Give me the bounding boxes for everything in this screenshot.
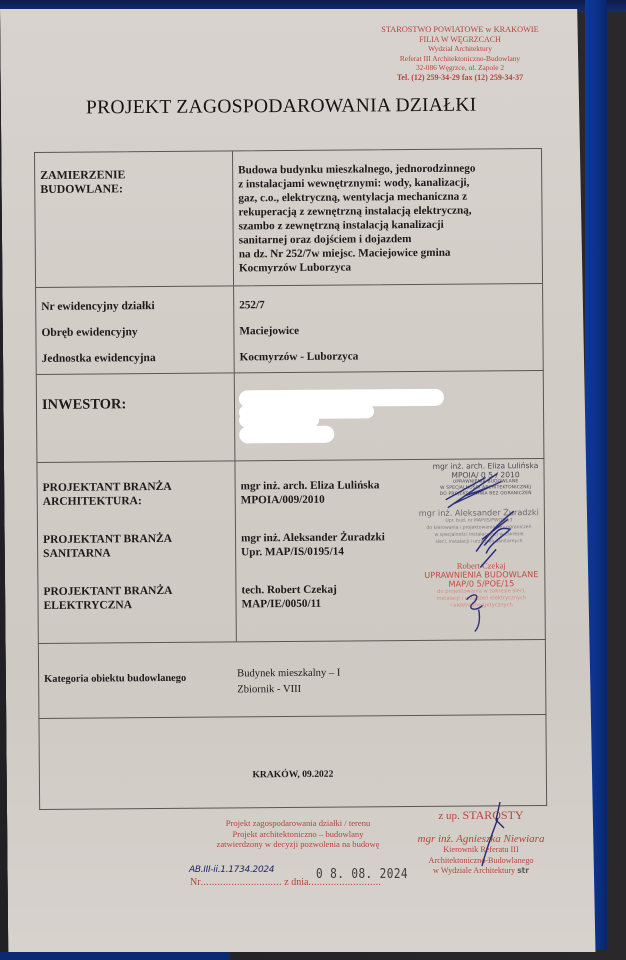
stamp-line: Projekt architektoniczno – budowlany (186, 829, 410, 840)
official-signature-scribble (476, 800, 516, 870)
zamierzenie-value: Budowa budynku mieszkalnego, jednorodzin… (233, 149, 542, 285)
designer-label-architecture: PROJEKTANT BRANŻA ARCHITEKTURA: (43, 479, 235, 533)
row-designers: PROJEKTANT BRANŻA ARCHITEKTURA: PROJEKTA… (36, 459, 545, 644)
photo-scene: STAROSTWO POWIATOWE w KRAKOWIE FILIA W W… (0, 0, 626, 960)
row-place-date: KRAKÓW, 09.2022 (38, 715, 547, 810)
plot-number-value: 252/7 (239, 296, 542, 324)
stamp-line: FILIA W WĘGRZCACH (360, 35, 560, 45)
date-label: z dnia (284, 877, 308, 888)
plot-labels: Nr ewidencyjny działki Obręb ewidencyjny… (36, 286, 235, 374)
label-line: PROJEKTANT BRANŻA (43, 531, 235, 547)
decision-number-handwritten: AB.III-ii.1.1734.2024 (189, 865, 274, 875)
stamp-line: 32-086 Węgrzce, ul. Zapole 2 (360, 63, 560, 73)
stamp-line: Tel. (12) 259-34-29 fax (12) 259-34-37 (360, 73, 560, 83)
designer-values: mgr inż. arch. Eliza Lulińska MPOIA/009/… (235, 459, 544, 641)
category-label: Kategoria obiektu budowlanego (44, 673, 186, 685)
plot-values: 252/7 Maciejowice Kocmyrzów - Luborzyca (234, 284, 543, 372)
category-values: Budynek mieszkalny – I Zbiornik - VIII (237, 666, 341, 699)
zamierzenie-label: ZAMIERZENIE BUDOWLANE: (35, 151, 234, 287)
category-value: Zbiornik - VIII (237, 682, 340, 699)
nr-label: Nr (190, 877, 201, 888)
row-plot-data: Nr ewidencyjny działki Obręb ewidencyjny… (35, 284, 544, 375)
folder-edge-bottom (0, 952, 230, 960)
precinct-value: Maciejowice (239, 322, 542, 350)
investor-value (235, 371, 544, 460)
label-line: PROJEKTANT BRANŻA (43, 583, 235, 599)
stamp-line: zatwierdzony w decyzji pozwolenia na bud… (186, 839, 410, 850)
category-value: Budynek mieszkalny – I (237, 666, 340, 683)
label-line: ZAMIERZENIE (40, 166, 232, 182)
investor-label: INWESTOR: (37, 373, 236, 462)
designer-label-sanitary: PROJEKTANT BRANŻA SANITARNA (43, 531, 235, 585)
page-tag: str (517, 866, 529, 875)
stamp-line: Wydział Architektury (360, 44, 560, 54)
precinct-label: Obręb ewidencyjny (41, 324, 233, 352)
stamp-line: Referat III Architektoniczno-Budowlany (360, 54, 560, 64)
designer-label-electrical: PROJEKTANT BRANŻA ELEKTRYCZNA (43, 583, 235, 637)
row-category: Kategoria obiektu budowlanego Budynek mi… (38, 640, 547, 719)
row-investor: INWESTOR: (36, 371, 545, 463)
label-line: PROJEKTANT BRANŻA (43, 479, 235, 495)
designer-labels: PROJEKTANT BRANŻA ARCHITEKTURA: PROJEKTA… (37, 461, 236, 643)
label-line: ELEKTRYCZNA (44, 597, 236, 613)
value-line: Kocmyrzów Luborzyca (239, 259, 542, 275)
row-zamierzenie: ZAMIERZENIE BUDOWLANE: Budowa budynku mi… (34, 148, 543, 288)
redaction-mark (239, 426, 334, 444)
signature-scribbles (435, 459, 536, 640)
document-title: PROJEKT ZAGOSPODAROWANIA DZIAŁKI (86, 95, 477, 120)
project-info-table: ZAMIERZENIE BUDOWLANE: Budowa budynku mi… (34, 148, 547, 810)
place-date: KRAKÓW, 09.2022 (40, 767, 546, 782)
official-signature-stamp: z up. STAROSTY mgr inż. Agnieszka Niewia… (396, 808, 566, 877)
stamp-line: Projekt zagospodarowania działki / teren… (186, 818, 410, 829)
plot-number-label: Nr ewidencyjny działki (41, 298, 233, 326)
decision-date: 0 8. 08. 2024 (316, 866, 408, 882)
approval-stamp: Projekt zagospodarowania działki / teren… (186, 818, 410, 850)
label-line: BUDOWLANE: (40, 180, 232, 196)
prefix: z up. (438, 810, 459, 822)
stamp-line: STAROSTWO POWIATOWE w KRAKOWIE (360, 25, 560, 35)
label-line: ARCHITEKTURA: (43, 493, 235, 509)
office-header-stamp: STAROSTWO POWIATOWE w KRAKOWIE FILIA W W… (360, 25, 560, 83)
label-line: SANITARNA (43, 545, 235, 561)
